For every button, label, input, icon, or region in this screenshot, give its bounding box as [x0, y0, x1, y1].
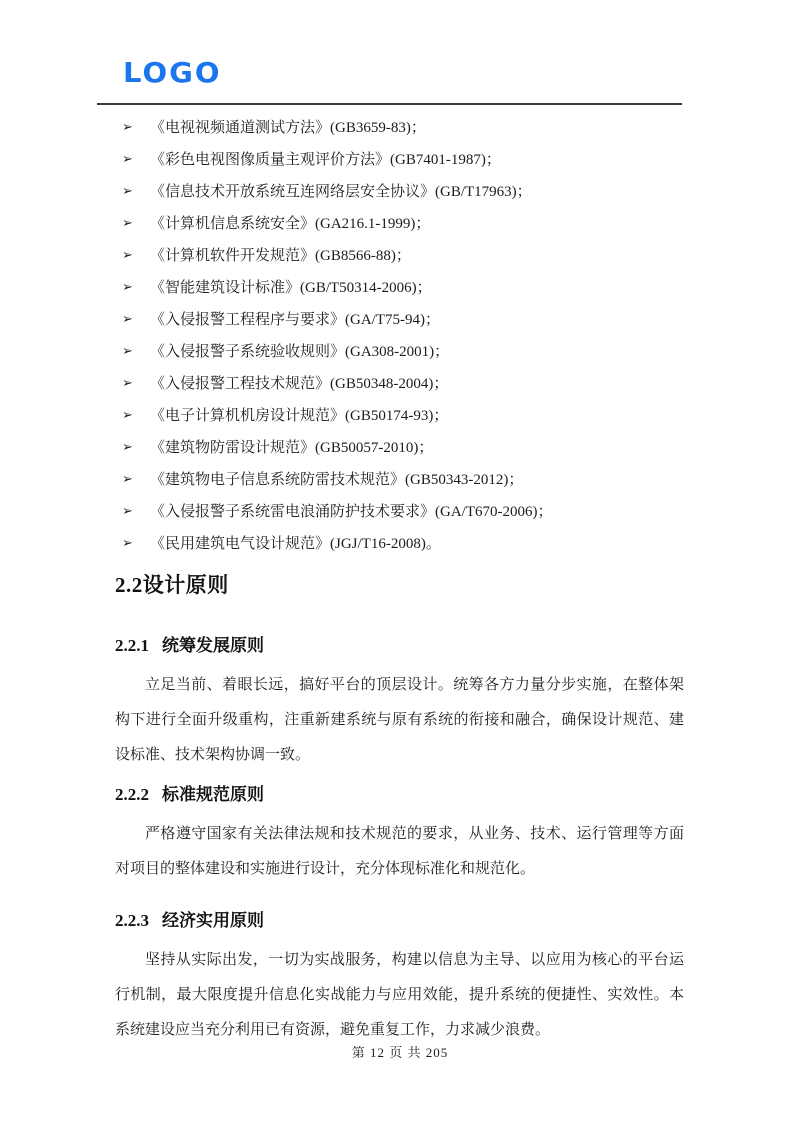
section-heading: 2.2设计原则 — [115, 570, 684, 600]
reference-text: 《彩色电视图像质量主观评价方法》(GB7401-1987)； — [150, 148, 501, 169]
header-divider — [97, 103, 682, 105]
company-logo: LOGO — [115, 58, 684, 87]
reference-text: 《电视视频通道测试方法》(GB3659-83)； — [150, 116, 426, 137]
subsection-paragraph: 坚持从实际出发，一切为实战服务，构建以信息为主导、以应用为核心的平台运行机制，最… — [115, 943, 684, 1048]
list-item: ➢《智能建筑设计标准》(GB/T50314-2006)； — [115, 270, 684, 302]
subsection-number: 2.2.3 — [115, 911, 149, 930]
subsection-title: 标准规范原则 — [162, 785, 264, 804]
reference-text: 《信息技术开放系统互连网络层安全协议》(GB/T17963)； — [150, 180, 532, 201]
list-item: ➢《建筑物防雷设计规范》(GB50057-2010)； — [115, 430, 684, 462]
reference-text: 《计算机信息系统安全》(GA216.1-1999)； — [150, 212, 430, 233]
reference-text: 《电子计算机机房设计规范》(GB50174-93)； — [150, 404, 448, 425]
arrow-bullet-icon: ➢ — [122, 472, 150, 485]
arrow-bullet-icon: ➢ — [122, 216, 150, 229]
arrow-bullet-icon: ➢ — [122, 184, 150, 197]
standards-reference-list: ➢《电视视频通道测试方法》(GB3659-83)； ➢《彩色电视图像质量主观评价… — [115, 110, 684, 558]
arrow-bullet-icon: ➢ — [122, 312, 150, 325]
subsection-paragraph: 严格遵守国家有关法律法规和技术规范的要求，从业务、技术、运行管理等方面对项目的整… — [115, 817, 684, 887]
reference-text: 《计算机软件开发规范》(GB8566-88)； — [150, 244, 411, 265]
arrow-bullet-icon: ➢ — [122, 376, 150, 389]
reference-text: 《建筑物防雷设计规范》(GB50057-2010)； — [150, 436, 433, 457]
subsection-heading: 2.2.2标准规范原则 — [115, 782, 684, 808]
page-number-footer: 第 12 页 共 205 — [0, 1042, 800, 1061]
arrow-bullet-icon: ➢ — [122, 536, 150, 549]
list-item: ➢《信息技术开放系统互连网络层安全协议》(GB/T17963)； — [115, 174, 684, 206]
list-item: ➢《彩色电视图像质量主观评价方法》(GB7401-1987)； — [115, 142, 684, 174]
arrow-bullet-icon: ➢ — [122, 440, 150, 453]
list-item: ➢《电子计算机机房设计规范》(GB50174-93)； — [115, 398, 684, 430]
subsection-paragraph: 立足当前、着眼长远，搞好平台的顶层设计。统筹各方力量分步实施，在整体架构下进行全… — [115, 668, 684, 773]
arrow-bullet-icon: ➢ — [122, 248, 150, 261]
list-item: ➢《入侵报警工程程序与要求》(GA/T75-94)； — [115, 302, 684, 334]
list-item: ➢《入侵报警子系统验收规则》(GA308-2001)； — [115, 334, 684, 366]
list-item: ➢《计算机软件开发规范》(GB8566-88)； — [115, 238, 684, 270]
subsection-heading: 2.2.3经济实用原则 — [115, 908, 684, 934]
reference-text: 《建筑物电子信息系统防雷技术规范》(GB50343-2012)； — [150, 468, 523, 489]
page-content: LOGO ➢《电视视频通道测试方法》(GB3659-83)； ➢《彩色电视图像质… — [0, 0, 800, 1048]
list-item: ➢《计算机信息系统安全》(GA216.1-1999)； — [115, 206, 684, 238]
arrow-bullet-icon: ➢ — [122, 504, 150, 517]
subsection-heading: 2.2.1统筹发展原则 — [115, 633, 684, 659]
reference-text: 《入侵报警工程技术规范》(GB50348-2004)； — [150, 372, 448, 393]
arrow-bullet-icon: ➢ — [122, 120, 150, 133]
reference-text: 《入侵报警子系统验收规则》(GA308-2001)； — [150, 340, 449, 361]
subsection-number: 2.2.1 — [115, 636, 149, 655]
list-item: ➢《建筑物电子信息系统防雷技术规范》(GB50343-2012)； — [115, 462, 684, 494]
arrow-bullet-icon: ➢ — [122, 152, 150, 165]
subsection-number: 2.2.2 — [115, 785, 149, 804]
subsection-title: 统筹发展原则 — [162, 636, 264, 655]
list-item: ➢《入侵报警工程技术规范》(GB50348-2004)； — [115, 366, 684, 398]
reference-text: 《智能建筑设计标准》(GB/T50314-2006)； — [150, 276, 432, 297]
list-item: ➢《入侵报警子系统雷电浪涌防护技术要求》(GA/T670-2006)； — [115, 494, 684, 526]
arrow-bullet-icon: ➢ — [122, 344, 150, 357]
subsection-title: 经济实用原则 — [162, 911, 264, 930]
list-item: ➢《民用建筑电气设计规范》(JGJ/T16-2008)。 — [115, 526, 684, 558]
list-item: ➢《电视视频通道测试方法》(GB3659-83)； — [115, 110, 684, 142]
reference-text: 《入侵报警子系统雷电浪涌防护技术要求》(GA/T670-2006)； — [150, 500, 552, 521]
arrow-bullet-icon: ➢ — [122, 408, 150, 421]
document-page: LOGO ➢《电视视频通道测试方法》(GB3659-83)； ➢《彩色电视图像质… — [0, 0, 800, 1132]
arrow-bullet-icon: ➢ — [122, 280, 150, 293]
reference-text: 《民用建筑电气设计规范》(JGJ/T16-2008)。 — [150, 532, 441, 553]
reference-text: 《入侵报警工程程序与要求》(GA/T75-94)； — [150, 308, 440, 329]
